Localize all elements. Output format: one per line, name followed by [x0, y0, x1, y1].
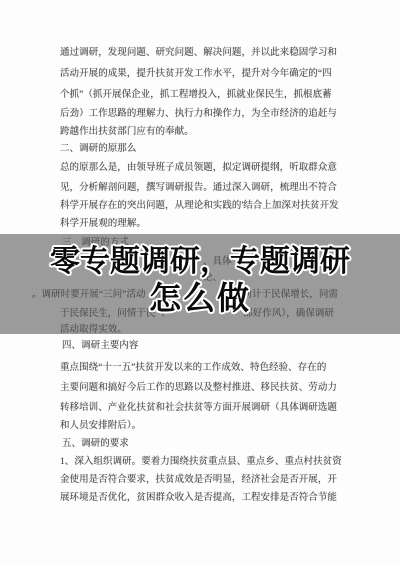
doc-line: 活动取得实效。: [60, 324, 127, 337]
article-title-line1: 零专题调研，专题调研: [0, 244, 400, 280]
article-title-overlay: 零专题调研，专题调研 怎么做: [0, 244, 400, 316]
document-page: 通过调研，发现问题、研究问题、解决问题，并以此来稳固学习和活动开展的成果，提升扶…: [0, 0, 400, 566]
article-title-line2: 怎么做: [0, 280, 400, 316]
